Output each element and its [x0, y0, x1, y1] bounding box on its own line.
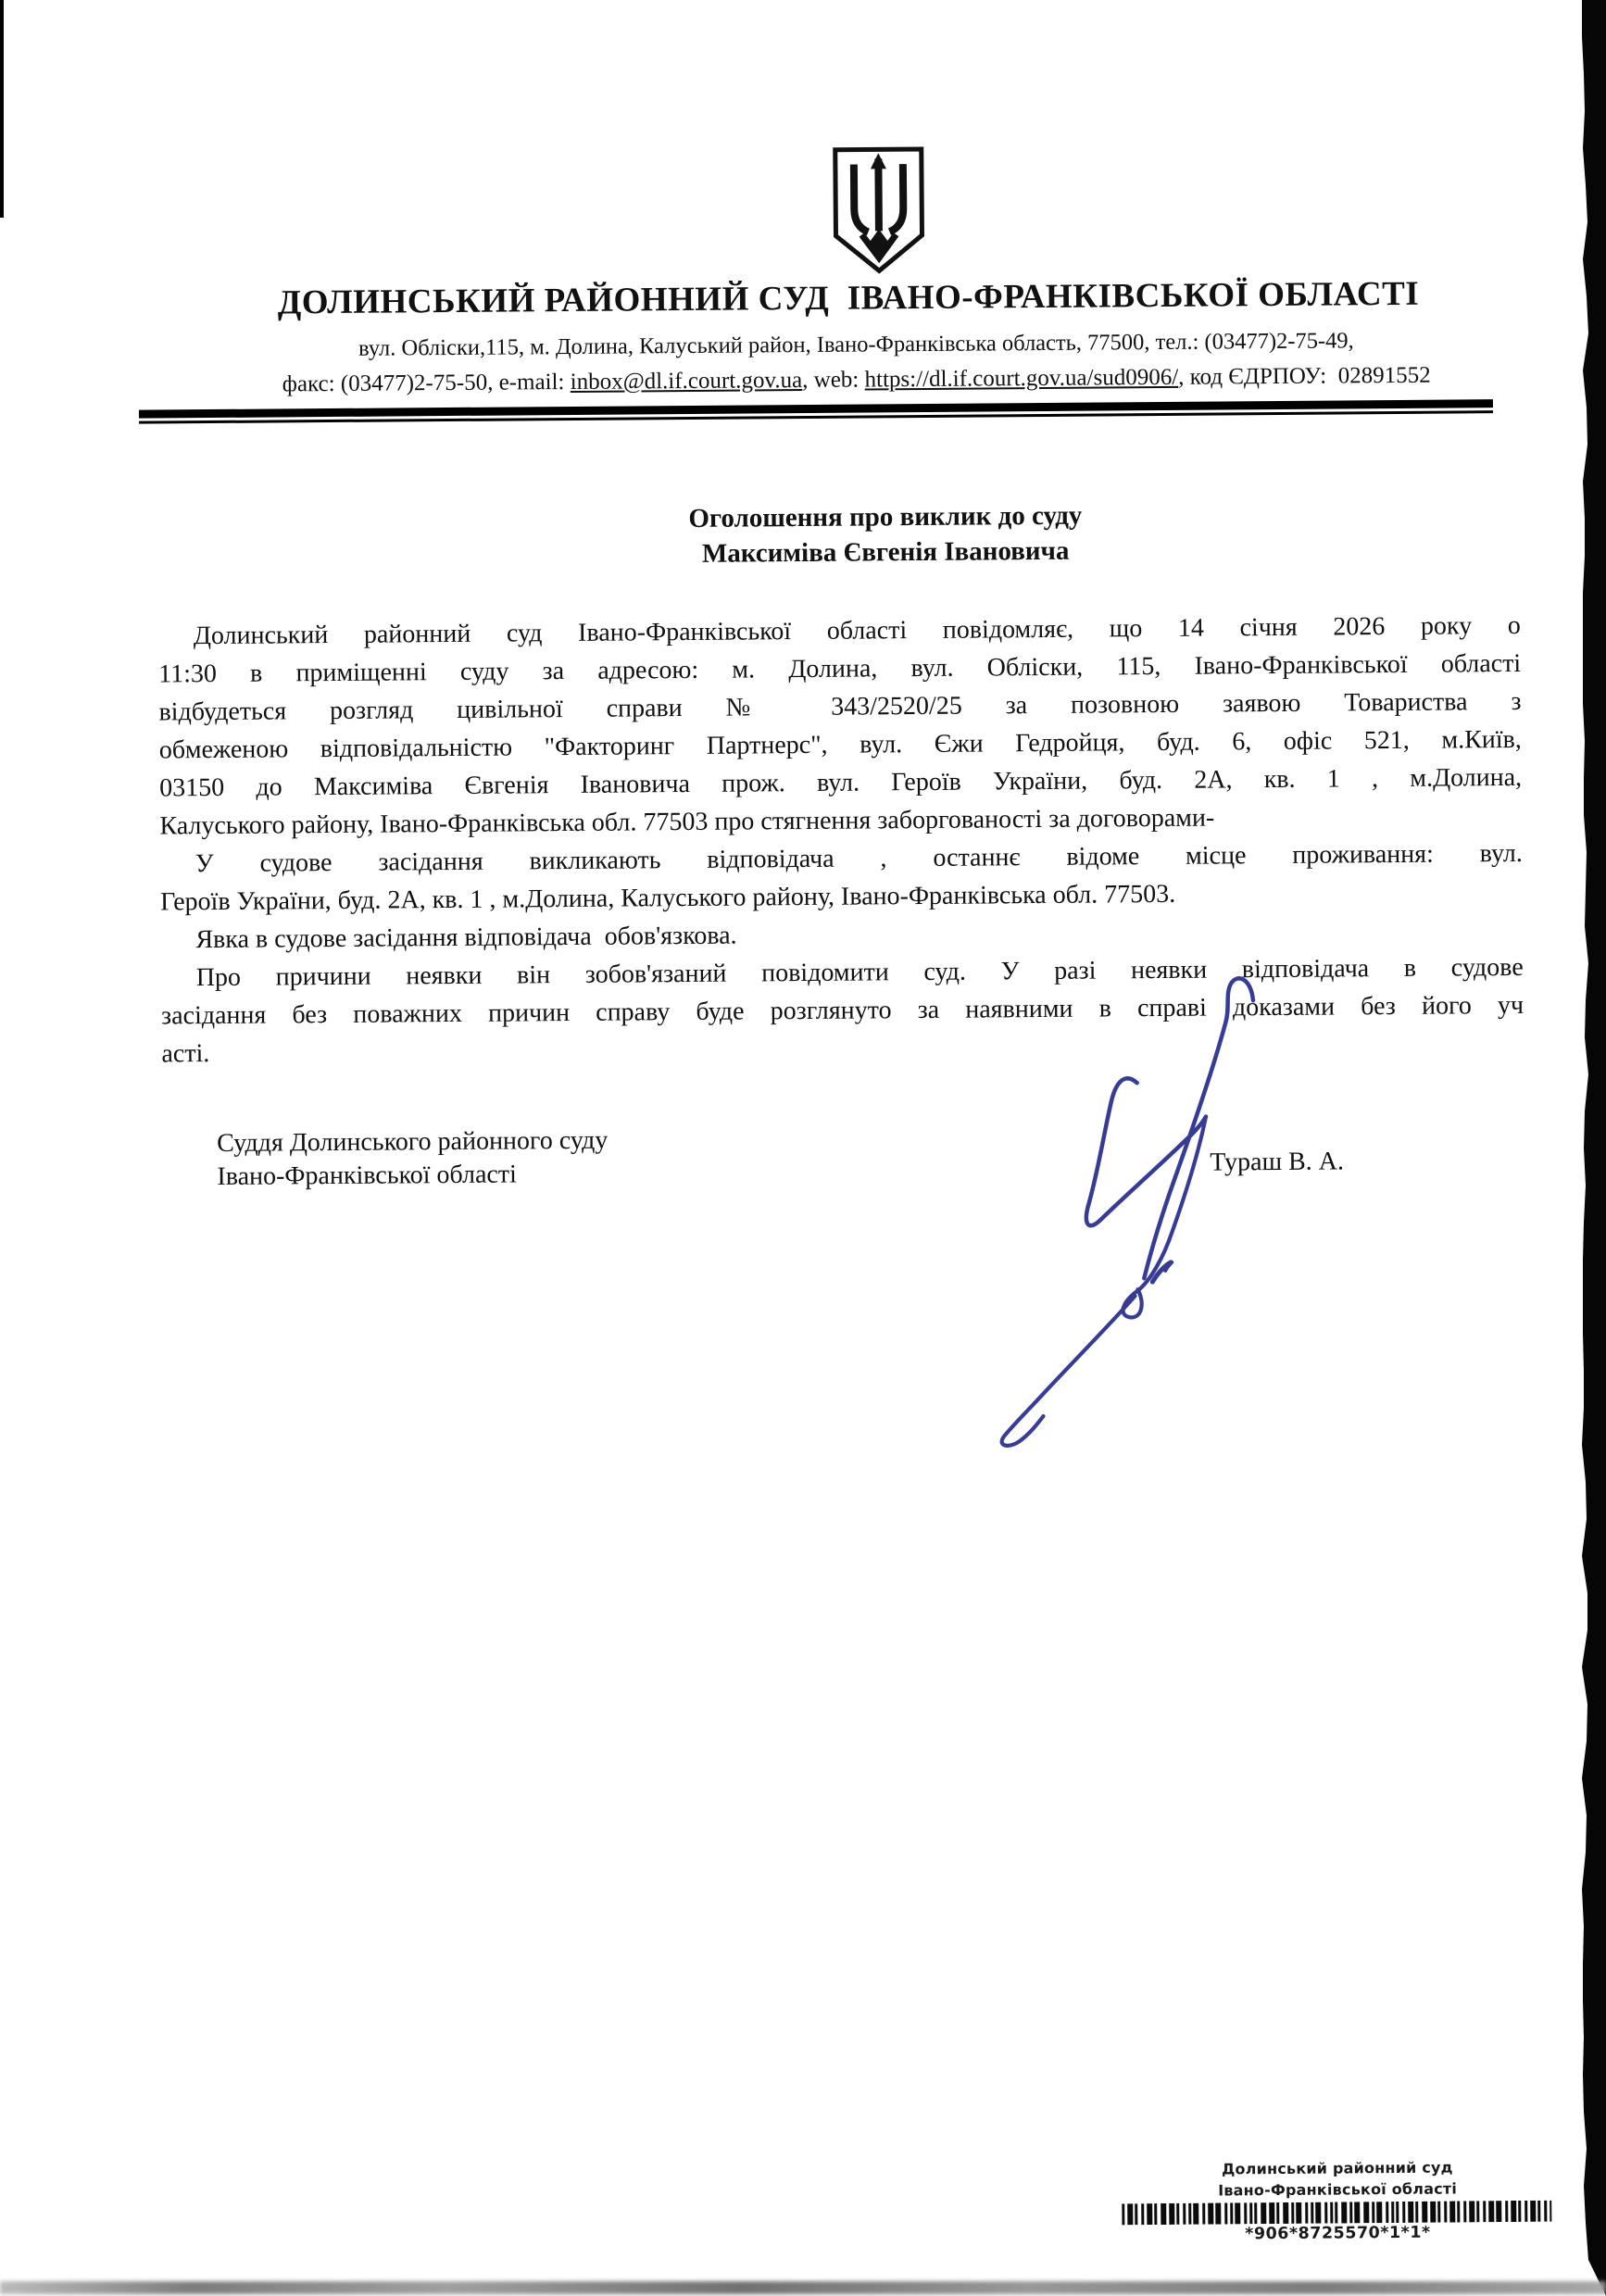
scanned-court-document: ДОЛИНСЬКИЙ РАЙОННИЙ СУД ІВАНО-ФРАНКІВСЬК… — [0, 0, 1606, 2296]
barcode — [1122, 2201, 1551, 2226]
judge-title-line1: Суддя Долинського районного суду — [217, 1124, 608, 1161]
judge-title-line2: Івано-Франківської області — [217, 1158, 608, 1194]
barcode-value: *906*8725570*1*1* — [1122, 2223, 1553, 2245]
web-url-text: https://dl.if.court.gov.ua/sud0906/ — [864, 365, 1178, 393]
ukraine-trident-emblem-icon — [831, 145, 927, 276]
court-contacts-line: факс: (03477)2-75-50, e-mail: inbox@dl.i… — [54, 360, 1606, 401]
scan-artifact-left-edge — [0, 0, 4, 218]
document-content: ДОЛИНСЬКИЙ РАЙОННИЙ СУД ІВАНО-ФРАНКІВСЬК… — [0, 0, 1606, 2296]
notice-title: Оголошення про виклик до суду Максиміва … — [82, 493, 1606, 576]
handwritten-signature — [982, 968, 1412, 1476]
court-address-line: вул. Обліски,115, м. Долина, Калуський р… — [53, 325, 1606, 366]
web-label: , web: — [802, 367, 865, 393]
fax-label: факс: (03477)2-75-50, e-mail: — [282, 370, 571, 396]
scan-artifact-bottom-edge — [0, 2281, 1606, 2294]
judge-title-block: Суддя Долинського районного суду Івано-Ф… — [217, 1124, 609, 1194]
court-name-heading: ДОЛИНСЬКИЙ РАЙОННИЙ СУД ІВАНО-ФРАНКІВСЬК… — [45, 274, 1606, 324]
registration-stamp: Долинський районний суд Івано-Франківськ… — [1122, 2156, 1554, 2245]
edrpou-label: , код ЄДРПОУ: 02891552 — [1178, 363, 1431, 390]
letterhead-rule — [139, 399, 1493, 423]
stamp-court-name-line2: Івано-Франківської області — [1122, 2177, 1553, 2202]
email-text: inbox@dl.if.court.gov.ua — [571, 368, 803, 395]
